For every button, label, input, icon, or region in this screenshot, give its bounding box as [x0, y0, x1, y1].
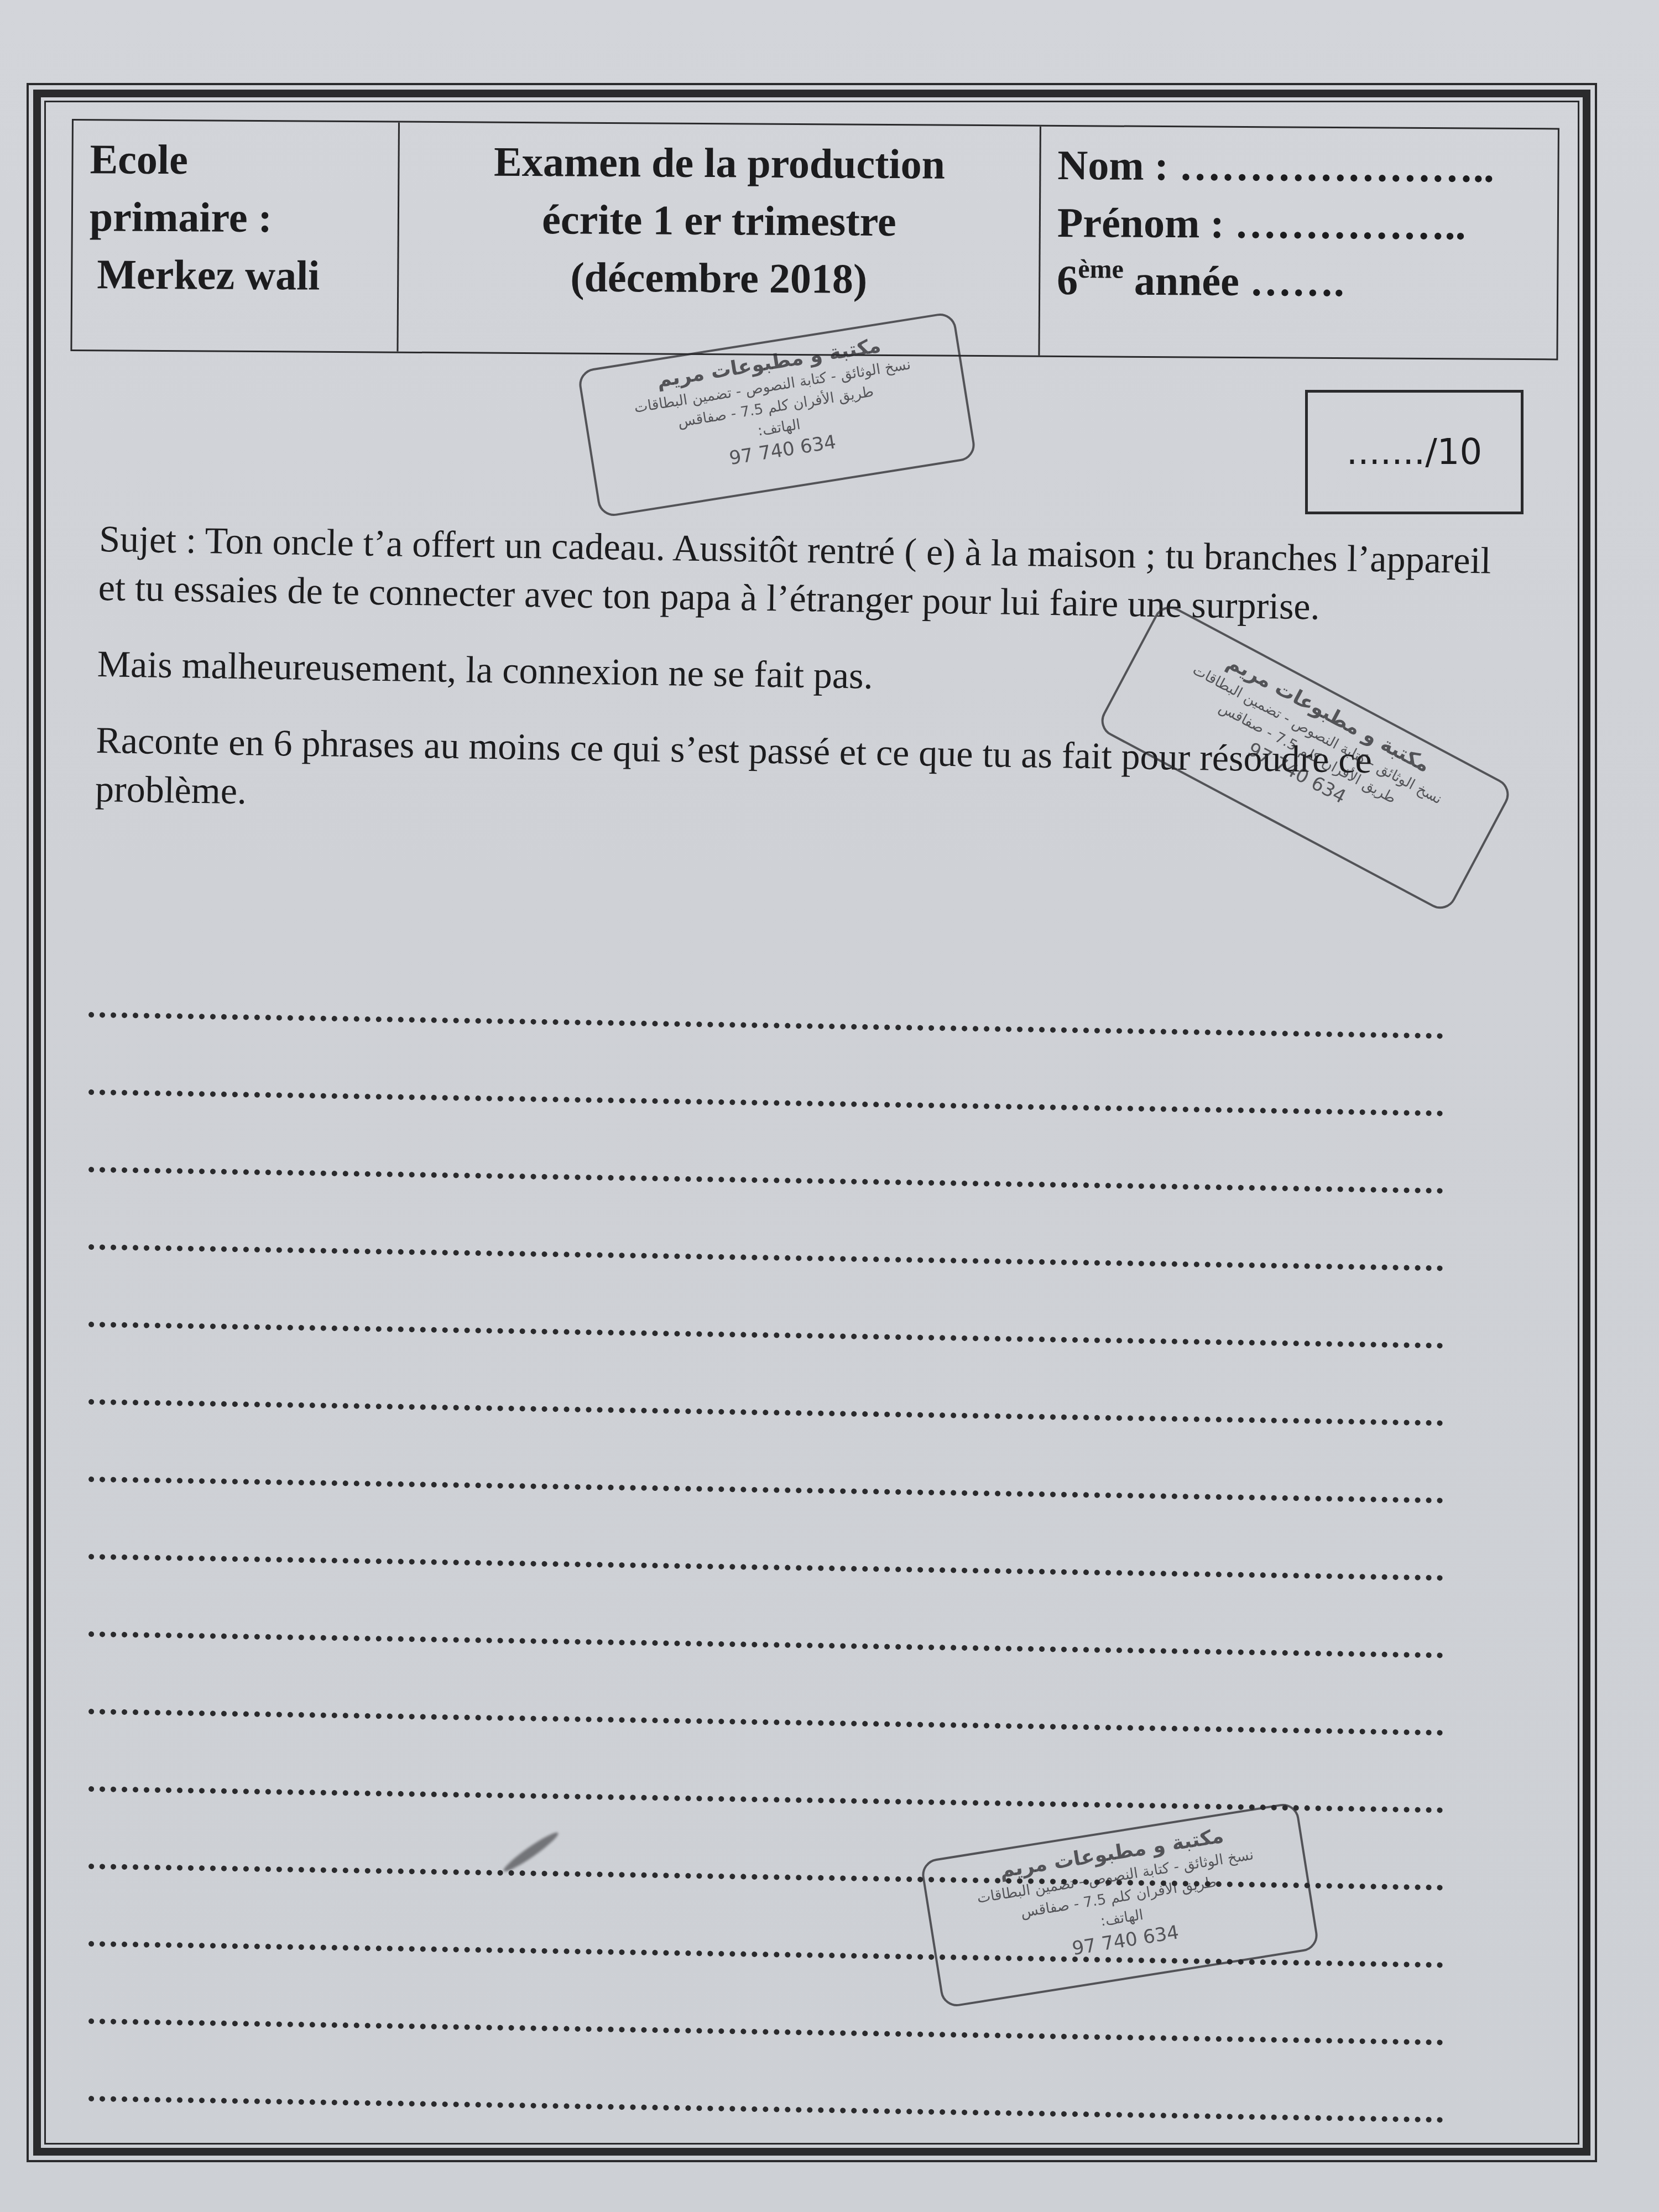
nom-blank[interactable]: ………………….. [1179, 143, 1495, 191]
header-table: Ecole primaire : Merkez wali Examen de l… [70, 119, 1559, 360]
exam-title-line2: écrite 1 er trimestre [416, 190, 1023, 252]
nom-label: Nom : [1057, 142, 1168, 189]
school-label-line2: primaire : [90, 188, 382, 247]
grade-number: 6 [1057, 257, 1078, 304]
score-max: 10 [1437, 432, 1482, 473]
exam-title-line3: (décembre 2018) [415, 248, 1022, 309]
school-label-line1: Ecole [90, 131, 382, 190]
grade-label: année [1134, 258, 1240, 305]
exam-sheet: Ecole primaire : Merkez wali Examen de l… [0, 0, 1659, 2212]
student-info-cell: Nom : ………………….. Prénom : …………….. 6ème an… [1040, 127, 1558, 359]
school-name: Merkez wali [89, 246, 381, 305]
grade-blank[interactable]: ……. [1250, 258, 1345, 305]
prenom-field[interactable]: Prénom : …………….. [1057, 194, 1541, 254]
grade-suffix: ème [1078, 254, 1124, 284]
prenom-label: Prénom : [1057, 200, 1224, 247]
score-blank[interactable]: ....... [1347, 432, 1425, 473]
grade-field[interactable]: 6ème année ……. [1057, 252, 1541, 312]
score-separator: / [1425, 432, 1437, 473]
school-cell: Ecole primaire : Merkez wali [72, 121, 400, 352]
score-box[interactable]: ......./10 [1305, 390, 1524, 514]
prenom-blank[interactable]: …………….. [1234, 201, 1466, 249]
nom-field[interactable]: Nom : ………………….. [1057, 137, 1541, 197]
exam-title-line1: Examen de la production [416, 133, 1023, 194]
